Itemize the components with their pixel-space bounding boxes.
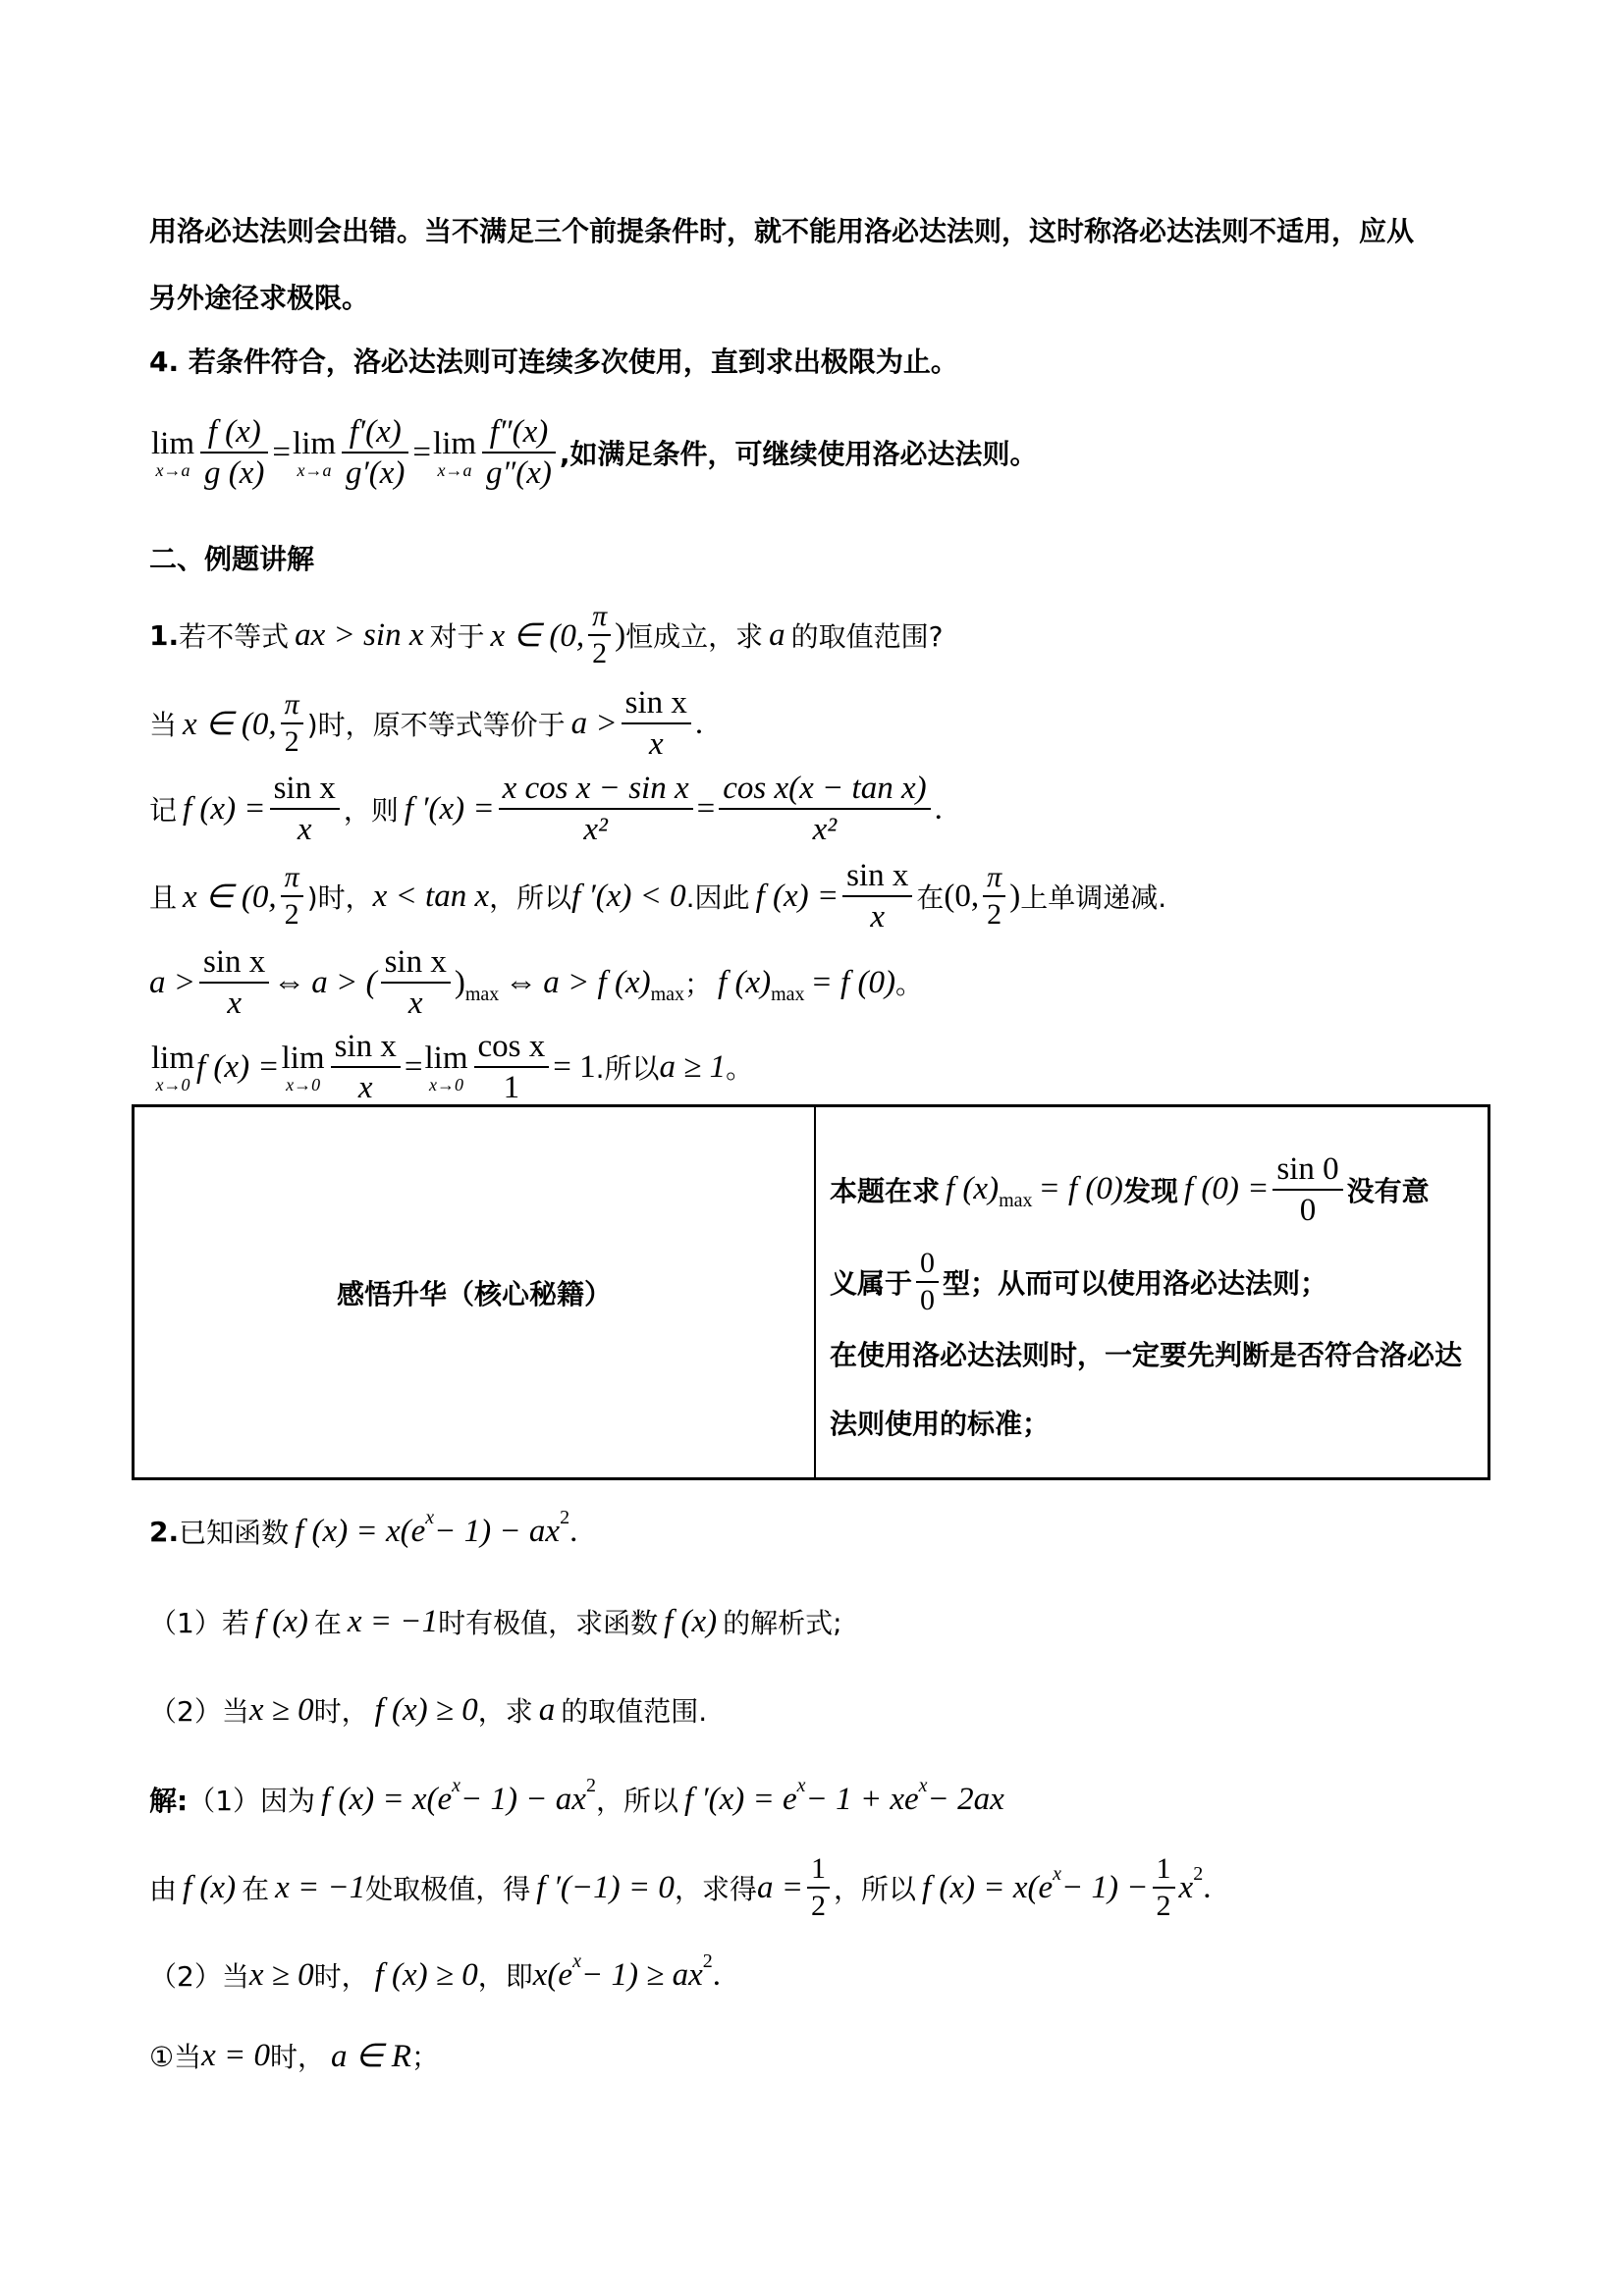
- text: ,如满足条件，可继续使用洛必达法则。: [560, 433, 1038, 472]
- math: a: [769, 617, 785, 654]
- math: − 1) −: [1061, 1870, 1149, 1906]
- math: f (0) =: [1184, 1171, 1269, 1207]
- math: x(e: [533, 1957, 572, 1994]
- fraction: 12: [1153, 1851, 1175, 1924]
- text: 的取值范围?: [791, 615, 944, 655]
- superscript: x: [1053, 1863, 1061, 1886]
- text: 。: [895, 963, 923, 1002]
- text: 4. 若条件符合，洛必达法则可连续多次使用，直到求出极限为止。: [149, 341, 958, 380]
- fraction: cos x(x − tan x)x²: [719, 769, 930, 849]
- denominator: x²: [809, 810, 841, 849]
- text: 若不等式: [179, 615, 289, 655]
- text: 用洛必达法则会出错。当不满足三个前提条件时，就不能用洛必达法则，这时称洛必达法则…: [149, 210, 1414, 249]
- math: x = −1: [348, 1604, 438, 1640]
- lim-word: lim: [424, 1041, 467, 1076]
- superscript: x: [572, 1950, 581, 1973]
- denominator: x: [294, 810, 316, 849]
- math: f (x): [664, 1604, 717, 1640]
- math: f ′(−1) = 0: [536, 1870, 675, 1906]
- fraction: x cos x − sin xx²: [499, 769, 693, 849]
- math: .: [1203, 1870, 1211, 1906]
- math: − 2ax: [928, 1782, 1004, 1818]
- denominator: x: [223, 984, 245, 1023]
- subscript: max: [651, 984, 684, 1006]
- fraction: 12: [807, 1851, 830, 1924]
- text: 当: [149, 704, 177, 743]
- denominator: x: [645, 724, 668, 764]
- superscript: 2: [1193, 1863, 1203, 1886]
- numerator: x cos x − sin x: [499, 769, 693, 808]
- numerator: 0: [916, 1246, 939, 1281]
- text: .因此: [686, 877, 750, 916]
- math: − 1) ≥ ax: [581, 1957, 703, 1994]
- solution-line: （2）当 x ≥ 0 时， f (x) ≥ 0 ，即 x(ex − 1) ≥ a…: [149, 1955, 721, 1995]
- numerator: sin x: [270, 769, 340, 808]
- math: a =: [757, 1870, 803, 1906]
- solution-line: 由 f (x) 在 x = −1 处取极值，得 f ′(−1) = 0 ，求得 …: [149, 1851, 1211, 1924]
- fraction: cos x1: [474, 1027, 550, 1107]
- insight-line: 在使用洛必达法则时，一定要先判断是否符合洛必达: [830, 1334, 1488, 1373]
- math: a ∈ R: [331, 2036, 411, 2075]
- equals: =: [272, 435, 291, 471]
- math: − 1) − ax: [460, 1782, 586, 1818]
- text: 处取极值，得: [365, 1868, 530, 1907]
- text: 对于: [429, 615, 484, 655]
- numerator: sin x: [842, 856, 912, 895]
- text: ，所以: [596, 1780, 678, 1819]
- insight-line: 法则使用的标准；: [830, 1403, 1488, 1442]
- math: .: [935, 791, 943, 828]
- example-2-part-2: （2）当 x ≥ 0 时， f (x) ≥ 0 ，求 a 的取值范围.: [149, 1690, 707, 1730]
- text: （2）当: [149, 1690, 249, 1730]
- text: ①当: [149, 2036, 201, 2075]
- math: a > (: [311, 965, 376, 1001]
- text: 在: [916, 877, 944, 916]
- math: − 1) − ax: [434, 1514, 560, 1550]
- math: f (x) ≥ 0: [375, 1692, 478, 1729]
- fraction: sin xx: [622, 683, 691, 764]
- numerator: 1: [807, 1851, 830, 1887]
- math: x ∈ (0,: [183, 877, 277, 916]
- math: = f (0): [1039, 1171, 1123, 1207]
- denominator: 2: [281, 897, 303, 933]
- math: x: [1179, 1870, 1194, 1906]
- lim-subscript: x→0: [156, 1076, 190, 1094]
- limit: limx→a: [433, 426, 476, 479]
- lim-word: lim: [433, 426, 476, 461]
- iff-symbol: ⇔: [505, 965, 537, 1001]
- math: f (x) =: [183, 791, 266, 828]
- list-item-4: 4. 若条件符合，洛必达法则可连续多次使用，直到求出极限为止。: [149, 341, 958, 380]
- denominator: x: [354, 1068, 377, 1107]
- lim-subscript: x→a: [298, 461, 332, 479]
- numerator: sin x: [381, 942, 451, 982]
- math: x ≥ 0: [249, 1957, 314, 1994]
- text: （1）因为: [188, 1780, 315, 1819]
- fraction: sin xx: [842, 856, 912, 936]
- solution-line: ①当 x = 0 时， a ∈ R ；: [149, 2036, 439, 2075]
- text: 的解析式;: [723, 1602, 841, 1641]
- lim-subscript: x→0: [429, 1076, 463, 1094]
- denominator: 2: [807, 1889, 830, 1924]
- solution-line: 解: （1）因为 f (x) = x(ex − 1) − ax2 ，所以 f ′…: [149, 1780, 1004, 1819]
- superscript: x: [425, 1507, 434, 1529]
- math: f (x): [718, 965, 771, 1001]
- numerator: cos x(x − tan x): [719, 769, 930, 808]
- solution-line: 记 f (x) = sin xx ，则 f ′(x) = x cos x − s…: [149, 769, 943, 849]
- denominator: g′(x): [342, 454, 408, 493]
- math: f (x): [183, 1870, 236, 1906]
- limit: limx→a: [293, 426, 336, 479]
- text: ，则: [344, 789, 399, 828]
- subscript: max: [999, 1190, 1032, 1212]
- example-2-part-1: （1）若 f (x) 在 x = −1 时有极值，求函数 f (x) 的解析式;: [149, 1602, 842, 1641]
- math: − 1 + xe: [806, 1782, 919, 1818]
- solution-line: 当 x ∈ (0, π2 )时，原不等式等价于 a > sin xx .: [149, 683, 703, 764]
- math: ): [455, 965, 465, 1001]
- text: 时，: [314, 1690, 369, 1730]
- text: 型；从而可以使用洛必达法则；: [943, 1262, 1327, 1302]
- denominator: 0: [916, 1283, 939, 1318]
- limit: limx→0: [424, 1041, 467, 1094]
- denominator: g (x): [200, 454, 268, 493]
- superscript: 2: [703, 1950, 713, 1973]
- lim-word: lim: [151, 426, 194, 461]
- lim-word: lim: [293, 426, 336, 461]
- math: f ′(x) = e: [684, 1782, 797, 1818]
- math: ): [1009, 879, 1020, 915]
- fraction: f″(x)g″(x): [482, 412, 556, 493]
- text: ；: [684, 963, 712, 1002]
- numerator: π: [281, 860, 303, 895]
- math: f (x) =: [756, 879, 839, 915]
- math: .: [695, 706, 703, 742]
- numerator: π: [588, 599, 611, 634]
- denominator: 2: [588, 636, 611, 671]
- math: f (x) = x(e: [295, 1514, 425, 1550]
- math: x = −1: [275, 1870, 365, 1906]
- text: )时，原不等式等价于: [307, 704, 566, 743]
- text: 没有意: [1347, 1170, 1430, 1209]
- text: 本题在求: [830, 1170, 940, 1209]
- math: x = 0: [201, 2038, 270, 2074]
- section-title: 二、例题讲解: [149, 538, 314, 577]
- numerator: sin x: [331, 1027, 401, 1066]
- subscript: max: [465, 984, 499, 1006]
- insight-line: 义属于 00 型；从而可以使用洛必达法则；: [830, 1246, 1488, 1318]
- superscript: x: [797, 1775, 806, 1797]
- lim-subscript: x→a: [438, 461, 472, 479]
- superscript: x: [919, 1775, 928, 1797]
- text: ，求: [478, 1690, 533, 1730]
- superscript: 2: [586, 1775, 596, 1797]
- subscript: max: [771, 984, 804, 1006]
- text: 由: [149, 1868, 177, 1907]
- math: x ≥ 0: [249, 1692, 314, 1729]
- text: ，求得: [675, 1868, 757, 1907]
- text: .所以: [596, 1047, 660, 1087]
- solution-line: a > sin xx ⇔ a > ( sin xx )max ⇔ a > f (…: [149, 942, 923, 1023]
- insight-label-cell: 感悟升华（核心秘籍）: [134, 1106, 816, 1479]
- fraction: sin xx: [381, 942, 451, 1023]
- denominator: 1: [500, 1068, 524, 1107]
- text: 发现: [1123, 1170, 1178, 1209]
- insight-table: 感悟升华（核心秘籍） 本题在求 f (x)max = f (0) 发现 f (0…: [132, 1104, 1490, 1480]
- math: ): [615, 617, 625, 654]
- math: f (x) = x(e: [321, 1782, 452, 1818]
- denominator: g″(x): [482, 454, 556, 493]
- math: f (x) ≥ 0: [375, 1957, 478, 1994]
- text: ；: [411, 2036, 439, 2075]
- iff-symbol: ⇔: [273, 965, 305, 1001]
- fraction: f (x)g (x): [200, 412, 268, 493]
- text: 二、例题讲解: [149, 538, 314, 577]
- text: 恒成立，求: [625, 615, 763, 655]
- numerator: sin 0: [1272, 1149, 1342, 1189]
- text: 。: [726, 1047, 753, 1087]
- fraction: π2: [281, 860, 303, 933]
- math: (0,: [944, 879, 979, 915]
- text: 的取值范围.: [561, 1690, 707, 1730]
- denominator: 2: [1153, 1889, 1175, 1924]
- math: .: [569, 1514, 577, 1550]
- math: f (x) = x(e: [922, 1870, 1053, 1906]
- denominator: 2: [983, 897, 1005, 933]
- insight-content-cell: 本题在求 f (x)max = f (0) 发现 f (0) = sin 00 …: [815, 1106, 1489, 1479]
- math: a > f (x): [543, 965, 650, 1001]
- text: 上单调递减.: [1020, 877, 1166, 916]
- insight-label: 感悟升华（核心秘籍）: [337, 1278, 612, 1310]
- numerator: π: [281, 687, 303, 722]
- math: a: [539, 1692, 556, 1729]
- limit: limx→a: [151, 426, 194, 479]
- example-2-question: 2. 已知函数 f (x) = x(ex − 1) − ax2 .: [149, 1512, 577, 1551]
- math: a >: [149, 965, 195, 1001]
- numerator: f (x): [204, 412, 265, 452]
- lhopital-formula: limx→a f (x)g (x) = limx→a f′(x)g′(x) = …: [149, 412, 1038, 493]
- paragraph-line: 用洛必达法则会出错。当不满足三个前提条件时，就不能用洛必达法则，这时称洛必达法则…: [149, 210, 1414, 249]
- text: ，所以: [834, 1868, 916, 1907]
- text: 另外途径求极限。: [149, 277, 369, 316]
- numerator: cos x: [474, 1027, 550, 1066]
- denominator: x²: [579, 810, 612, 849]
- limit: limx→0: [282, 1041, 325, 1094]
- numerator: 1: [1153, 1851, 1175, 1887]
- text: 在: [314, 1602, 342, 1641]
- question-number: 2.: [149, 1516, 179, 1548]
- math: f ′(x) < 0: [571, 879, 686, 915]
- fraction: sin xx: [331, 1027, 401, 1107]
- math: x ∈ (0,: [490, 615, 584, 655]
- equals: =: [697, 791, 716, 828]
- math: .: [713, 1957, 721, 1994]
- superscript: x: [452, 1775, 460, 1797]
- text: 且: [149, 877, 177, 916]
- numerator: f′(x): [346, 412, 406, 452]
- solution-line: 且 x ∈ (0, π2 )时， x < tan x ，所以 f ′(x) < …: [149, 856, 1166, 936]
- text: ，所以: [489, 877, 571, 916]
- lim-word: lim: [151, 1041, 194, 1076]
- math: ax > sin x: [295, 617, 423, 654]
- denominator: 0: [1296, 1191, 1321, 1230]
- denominator: x: [866, 897, 889, 936]
- text: 在使用洛必达法则时，一定要先判断是否符合洛必达: [830, 1334, 1462, 1373]
- lim-word: lim: [282, 1041, 325, 1076]
- text: 时有极值，求函数: [438, 1602, 658, 1641]
- math: x ∈ (0,: [183, 704, 277, 743]
- fraction: π2: [281, 687, 303, 760]
- equals: =: [412, 435, 431, 471]
- fraction: π2: [588, 599, 611, 671]
- text: 时，: [270, 2036, 325, 2075]
- solution-line: limx→0 f (x) = limx→0 sin xx = limx→0 co…: [149, 1027, 753, 1107]
- denominator: x: [405, 984, 427, 1023]
- text: 时，: [314, 1955, 369, 1995]
- limit: limx→0: [151, 1041, 194, 1094]
- denominator: 2: [281, 724, 303, 760]
- text: 已知函数: [179, 1512, 289, 1551]
- math: f (x) =: [196, 1049, 280, 1086]
- math: a ≥ 1: [660, 1049, 727, 1086]
- text: 记: [149, 789, 177, 828]
- example-1-question: 1. 若不等式 ax > sin x 对于 x ∈ (0, π2 ) 恒成立，求…: [149, 599, 944, 671]
- text: ，即: [478, 1955, 533, 1995]
- fraction: π2: [983, 860, 1005, 933]
- numerator: sin x: [199, 942, 269, 982]
- text: 在: [242, 1868, 269, 1907]
- math: a >: [571, 706, 618, 742]
- lim-subscript: x→a: [156, 461, 190, 479]
- text: （2）当: [149, 1955, 249, 1995]
- math: f (x): [255, 1604, 308, 1640]
- question-number: 1.: [149, 619, 179, 652]
- fraction: sin xx: [199, 942, 269, 1023]
- math: f ′(x) =: [405, 791, 495, 828]
- text: （1）若: [149, 1602, 249, 1641]
- fraction: f′(x)g′(x): [342, 412, 408, 493]
- text: )时，: [307, 877, 373, 916]
- math: f (x): [946, 1171, 999, 1207]
- insight-line: 本题在求 f (x)max = f (0) 发现 f (0) = sin 00 …: [830, 1149, 1488, 1230]
- math: = f (0): [811, 965, 895, 1001]
- fraction: sin xx: [270, 769, 340, 849]
- math: x < tan x: [373, 879, 489, 915]
- solution-label: 解:: [149, 1780, 188, 1819]
- text: 义属于: [830, 1262, 912, 1302]
- numerator: sin x: [622, 683, 691, 722]
- numerator: π: [983, 860, 1005, 895]
- paragraph-line: 另外途径求极限。: [149, 277, 369, 316]
- text: 法则使用的标准；: [830, 1403, 1050, 1442]
- equals: =: [405, 1049, 423, 1086]
- math: = 1: [553, 1049, 595, 1086]
- superscript: 2: [560, 1507, 569, 1529]
- fraction: sin 00: [1272, 1149, 1342, 1230]
- lim-subscript: x→0: [286, 1076, 320, 1094]
- numerator: f″(x): [486, 412, 553, 452]
- fraction: 00: [916, 1246, 939, 1318]
